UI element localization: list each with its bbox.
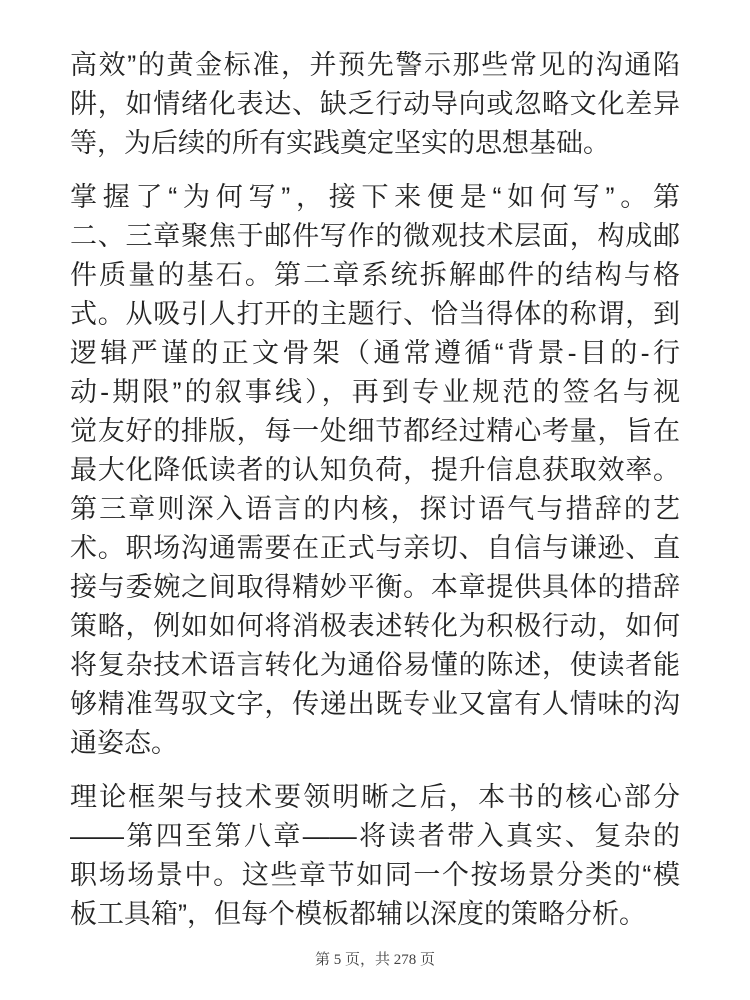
text-line: 等，为后续的所有实践奠定坚实的思想基础。: [70, 124, 680, 163]
text-line: 二、三章聚焦于邮件写作的微观技术层面，构成邮: [70, 217, 680, 256]
text-line: 通姿态。: [70, 724, 680, 763]
text-line: 件质量的基石。第二章系统拆解邮件的结构与格: [70, 256, 680, 295]
text-line: 策略，例如如何将消极表述转化为积极行动，如何: [70, 607, 680, 646]
page-number: 第 5 页，共 278 页: [315, 952, 435, 968]
text-line: 职场场景中。这些章节如同一个按场景分类的“模: [70, 856, 680, 895]
text-line: 将复杂技术语言转化为通俗易懂的陈述，使读者能: [70, 646, 680, 685]
document-body: 高效”的黄金标准，并预先警示那些常见的沟通陷阱，如情绪化表达、缺乏行动导向或忽略…: [70, 46, 680, 934]
document-page: 高效”的黄金标准，并预先警示那些常见的沟通陷阱，如情绪化表达、缺乏行动导向或忽略…: [0, 0, 750, 1000]
text-line: ——第四至第八章——将读者带入真实、复杂的: [70, 817, 680, 856]
text-line: 式。从吸引人打开的主题行、恰当得体的称谓，到: [70, 295, 680, 334]
page-footer: 第 5 页，共 278 页: [70, 949, 680, 971]
paragraph: 理论框架与技术要领明晰之后，本书的核心部分——第四至第八章——将读者带入真实、复…: [70, 778, 680, 934]
text-line: 板工具箱”，但每个模板都辅以深度的策略分析。: [70, 895, 680, 934]
text-line: 高效”的黄金标准，并预先警示那些常见的沟通陷: [70, 46, 680, 85]
text-line: 够精准驾驭文字，传递出既专业又富有人情味的沟: [70, 685, 680, 724]
text-line: 第三章则深入语言的内核，探讨语气与措辞的艺: [70, 490, 680, 529]
text-line: 觉友好的排版，每一处细节都经过精心考量，旨在: [70, 412, 680, 451]
text-line: 接与委婉之间取得精妙平衡。本章提供具体的措辞: [70, 568, 680, 607]
text-line: 理论框架与技术要领明晰之后，本书的核心部分: [70, 778, 680, 817]
text-line: 逻辑严谨的正文骨架（通常遵循“背景-目的-行: [70, 334, 680, 373]
text-line: 术。职场沟通需要在正式与亲切、自信与谦逊、直: [70, 529, 680, 568]
text-line: 阱，如情绪化表达、缺乏行动导向或忽略文化差异: [70, 85, 680, 124]
paragraph: 高效”的黄金标准，并预先警示那些常见的沟通陷阱，如情绪化表达、缺乏行动导向或忽略…: [70, 46, 680, 163]
text-line: 最大化降低读者的认知负荷，提升信息获取效率。: [70, 451, 680, 490]
text-line: 掌握了“为何写”，接下来便是“如何写”。第: [70, 178, 680, 217]
paragraph: 掌握了“为何写”，接下来便是“如何写”。第二、三章聚焦于邮件写作的微观技术层面，…: [70, 178, 680, 763]
text-line: 动-期限”的叙事线），再到专业规范的签名与视: [70, 373, 680, 412]
